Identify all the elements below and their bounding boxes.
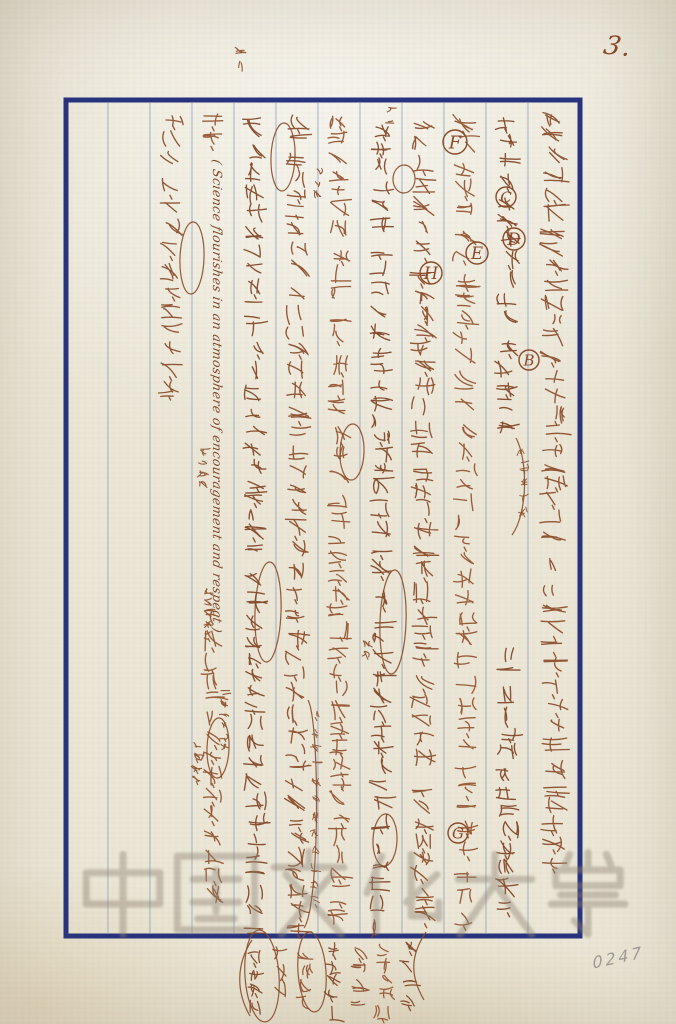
emphasis-oval — [206, 718, 230, 779]
overflow-column — [351, 948, 369, 1005]
english-quote: ( Science flourishes in an atmosphere of… — [210, 158, 225, 634]
handwriting-column — [540, 113, 572, 874]
watermark-stroke — [565, 854, 570, 865]
circled-letter-label: E — [470, 244, 483, 263]
handwriting-column — [327, 116, 352, 924]
page-number: 3. — [601, 31, 636, 64]
watermark-stroke — [281, 875, 332, 935]
circled-letter-label: H — [423, 264, 439, 283]
top-annotation-mark — [235, 47, 247, 71]
watermark-stroke — [606, 854, 611, 865]
circled-letter-label: F — [448, 132, 463, 153]
circled-letter: C — [496, 187, 516, 207]
margin-annotation — [362, 640, 373, 659]
manuscript-canvas: FCDEHBG — [0, 0, 676, 1024]
circled-letter-label: G — [452, 824, 464, 842]
watermark-char — [86, 854, 160, 934]
circled-letter-label: C — [500, 188, 512, 206]
watermark-stroke — [460, 884, 495, 935]
circled-letter: D — [503, 228, 525, 250]
handwriting-column — [243, 118, 270, 934]
handwriting-column — [453, 115, 480, 931]
handwriting-column — [285, 115, 312, 938]
circled-letter: E — [466, 242, 488, 264]
margin-annotation — [191, 742, 204, 785]
manuscript-frame — [66, 100, 580, 936]
circled-letter-label: D — [506, 230, 520, 249]
overflow-column — [324, 943, 344, 1022]
watermark-char — [551, 853, 625, 935]
emphasis-oval — [253, 562, 282, 663]
circled-letter-label: B — [522, 351, 534, 369]
watermark-layer — [86, 852, 625, 935]
circled-letter: H — [420, 262, 442, 284]
watermark-char — [177, 856, 254, 930]
margin-annotation — [197, 449, 211, 488]
handwriting-column — [410, 122, 439, 928]
margin-annotation — [385, 107, 397, 123]
manuscript-page: FCDEHBG 3. ( Science flourishes in an at… — [0, 0, 676, 1024]
circled-letter: B — [519, 350, 539, 370]
emphasis-oval — [393, 165, 416, 194]
circled-letter: G — [448, 823, 468, 843]
overflow-column — [374, 944, 395, 1023]
overflow-loop — [242, 929, 282, 1023]
emphasis-oval — [372, 814, 398, 867]
circled-letter: F — [443, 130, 467, 154]
overflow-bracket — [414, 932, 426, 1000]
watermark-char — [274, 852, 344, 935]
watermark-char — [367, 854, 439, 931]
handwriting-column — [369, 125, 396, 938]
overflow-column — [400, 942, 421, 1011]
